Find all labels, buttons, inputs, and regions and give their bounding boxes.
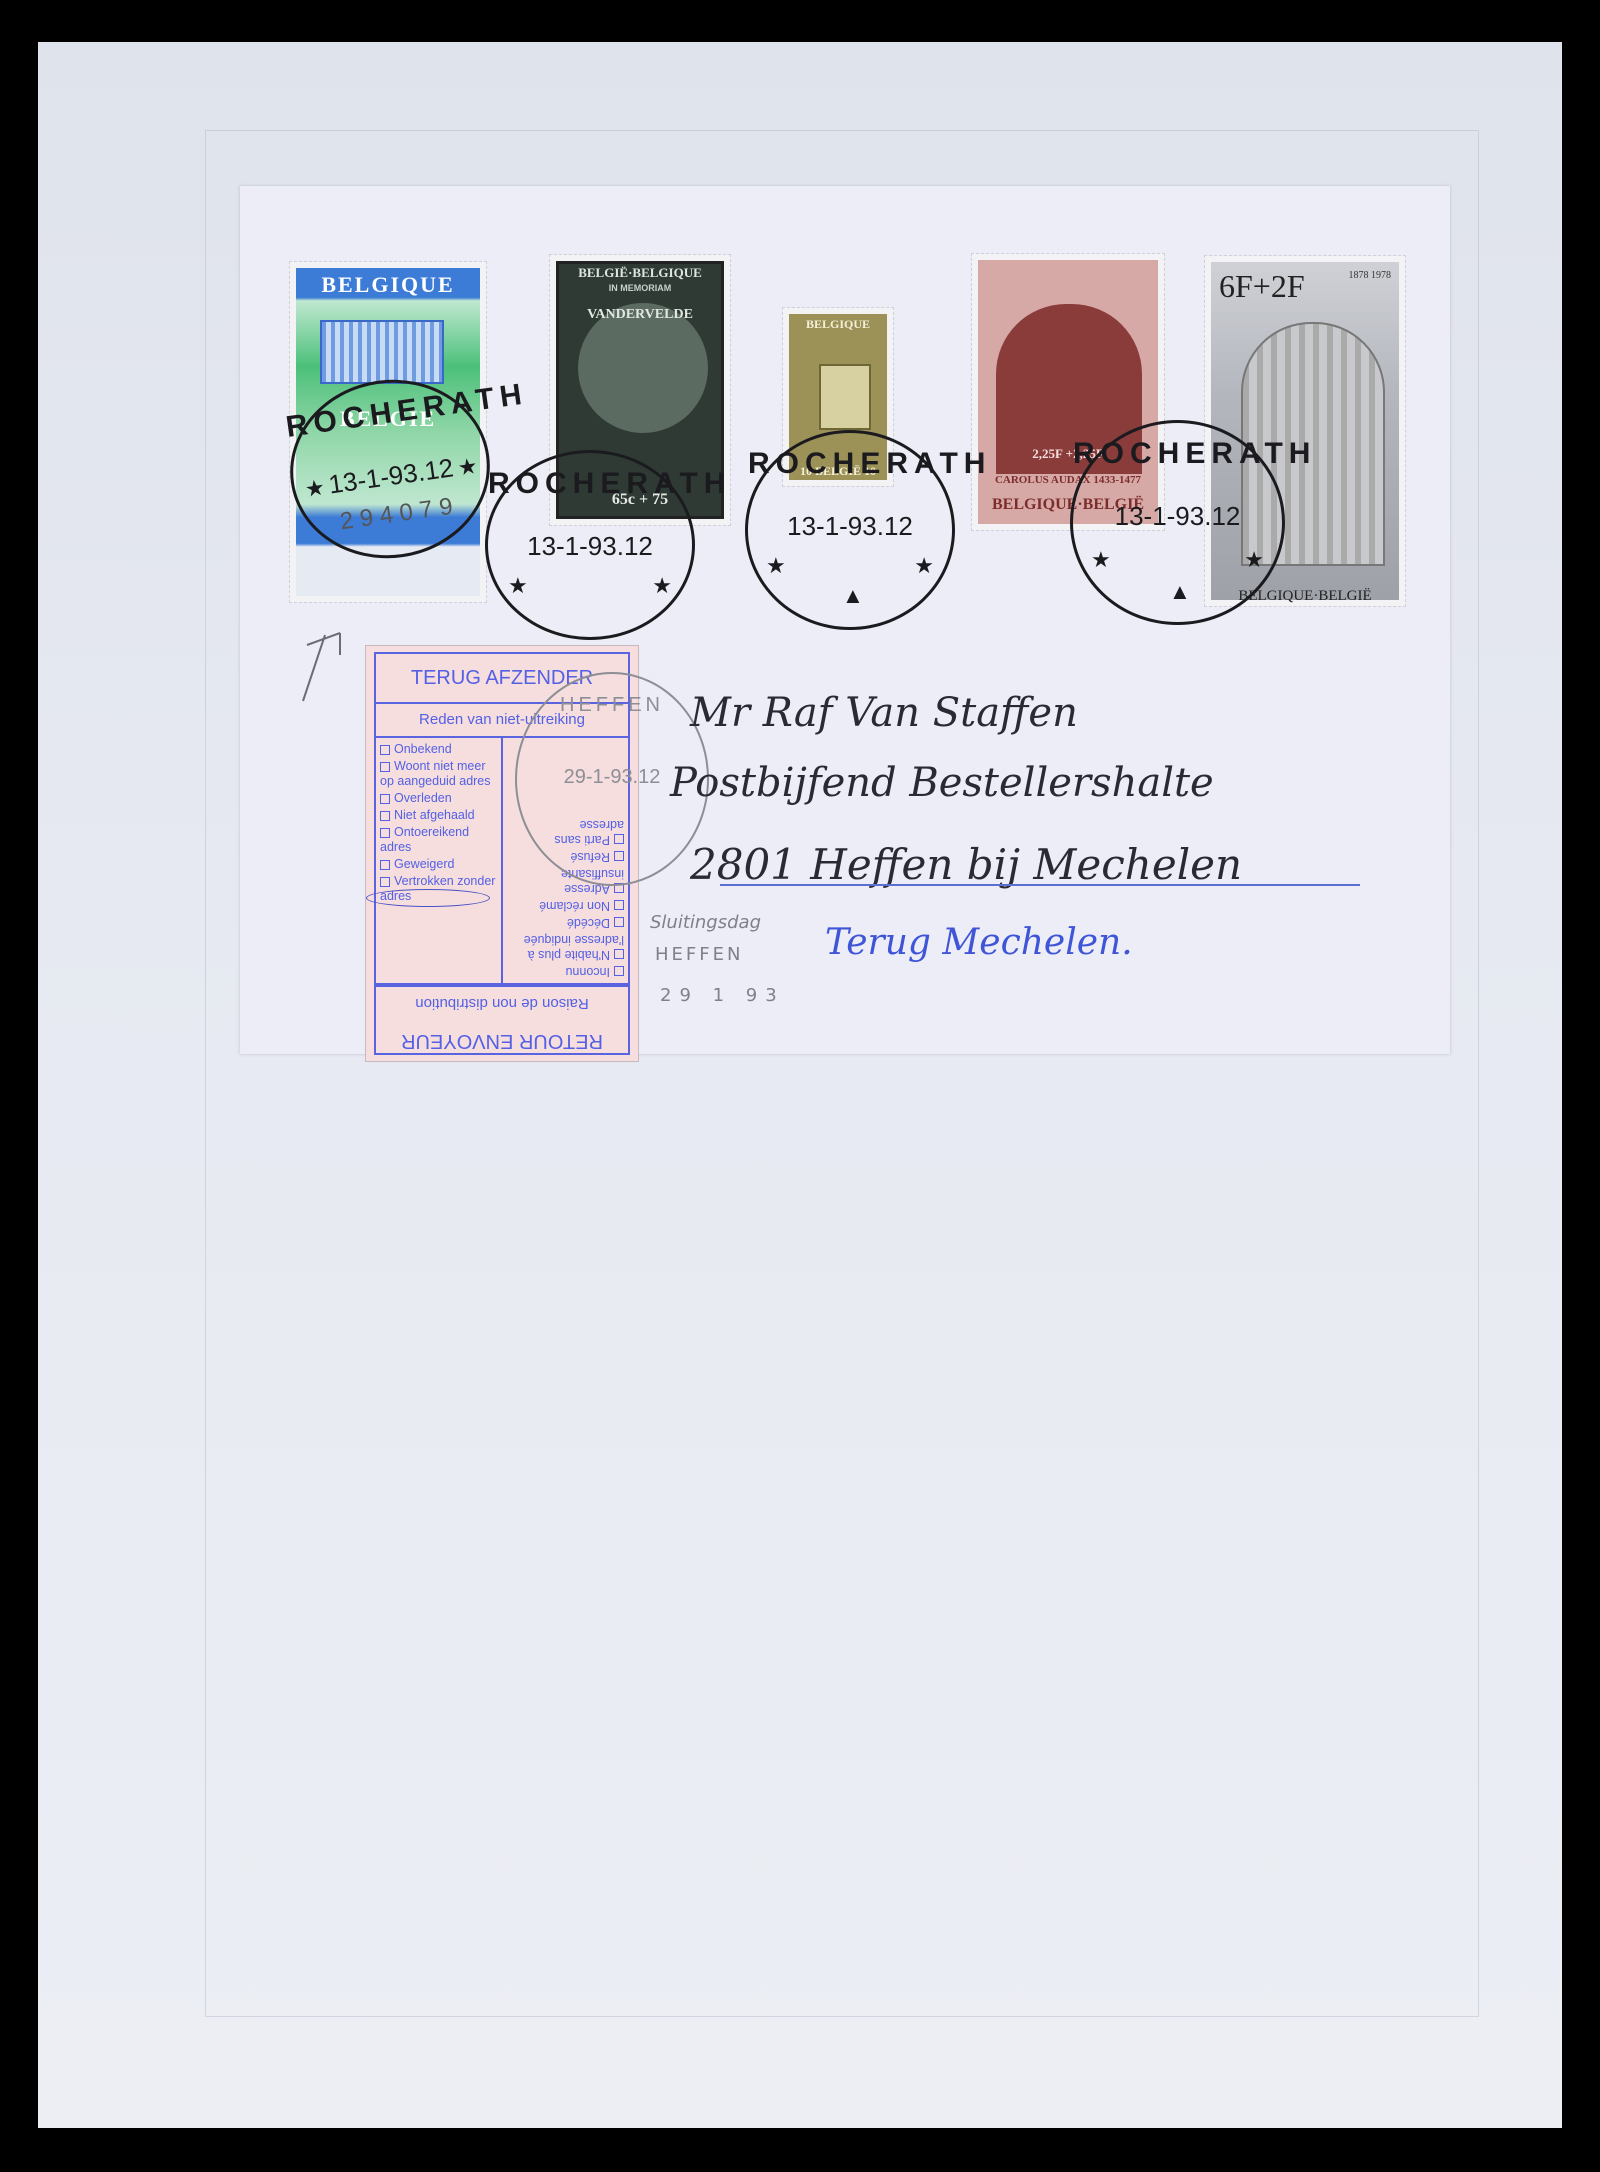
checkbox-icon bbox=[380, 745, 390, 755]
pencil-note-line-1: Sluitingsdag bbox=[650, 912, 761, 933]
checkbox-icon bbox=[614, 900, 624, 910]
checkbox-icon bbox=[614, 949, 624, 959]
label-title-fr: RETOUR ENVOYEUR bbox=[376, 1019, 628, 1063]
star-icon: ★ bbox=[1091, 547, 1111, 573]
checkbox-icon bbox=[614, 966, 624, 976]
building-illustration bbox=[320, 320, 444, 384]
postmark-rocherath-3: ROCHERATH 13-1-93.12 ★ ★ ▲ bbox=[745, 430, 955, 630]
address-line-3: 2801 Heffen bij Mechelen bbox=[690, 840, 1242, 889]
address-line-1: Mr Raf Van Staffen bbox=[690, 690, 1078, 736]
star-icon: ★ bbox=[766, 553, 786, 579]
lion-shield-icon bbox=[819, 364, 871, 430]
star-icon: ★ bbox=[303, 474, 326, 502]
pencil-note-line-2: HEFFEN bbox=[655, 944, 743, 965]
label-subtitle-fr: Raison de non distribution bbox=[376, 985, 628, 1019]
star-icon: ★ bbox=[456, 453, 479, 481]
address-underline bbox=[720, 884, 1360, 886]
return-note: Terug Mechelen. bbox=[825, 922, 1133, 963]
checkbox-icon bbox=[380, 860, 390, 870]
selected-reason-circle bbox=[366, 889, 490, 907]
pencil-note-line-3: 29 1 93 bbox=[660, 985, 785, 1006]
triangle-icon: ▲ bbox=[1169, 579, 1191, 605]
checkbox-icon bbox=[380, 877, 390, 887]
checkbox-icon bbox=[380, 762, 390, 772]
star-icon: ★ bbox=[1244, 547, 1264, 573]
triangle-icon: ▲ bbox=[842, 583, 864, 609]
postmark-rocherath-2: ROCHERATH 13-1-93.12 ★ ★ bbox=[485, 450, 695, 640]
star-icon: ★ bbox=[508, 573, 528, 599]
selected-reason: Niet afgehaald bbox=[380, 808, 497, 823]
postmark-rocherath-4: ROCHERATH 13-1-93.12 ★ ★ ▲ bbox=[1070, 420, 1285, 625]
star-icon: ★ bbox=[914, 553, 934, 579]
pencil-arrow-icon bbox=[295, 615, 355, 705]
checkbox-icon bbox=[380, 811, 390, 821]
checkbox-icon bbox=[380, 828, 390, 838]
reasons-nl: Onbekend Woont niet meer op aangeduid ad… bbox=[376, 738, 503, 983]
star-icon: ★ bbox=[652, 573, 672, 599]
checkbox-icon bbox=[380, 794, 390, 804]
address-line-2: Postbijfend Bestellershalte bbox=[670, 760, 1214, 806]
checkbox-icon bbox=[614, 917, 624, 927]
